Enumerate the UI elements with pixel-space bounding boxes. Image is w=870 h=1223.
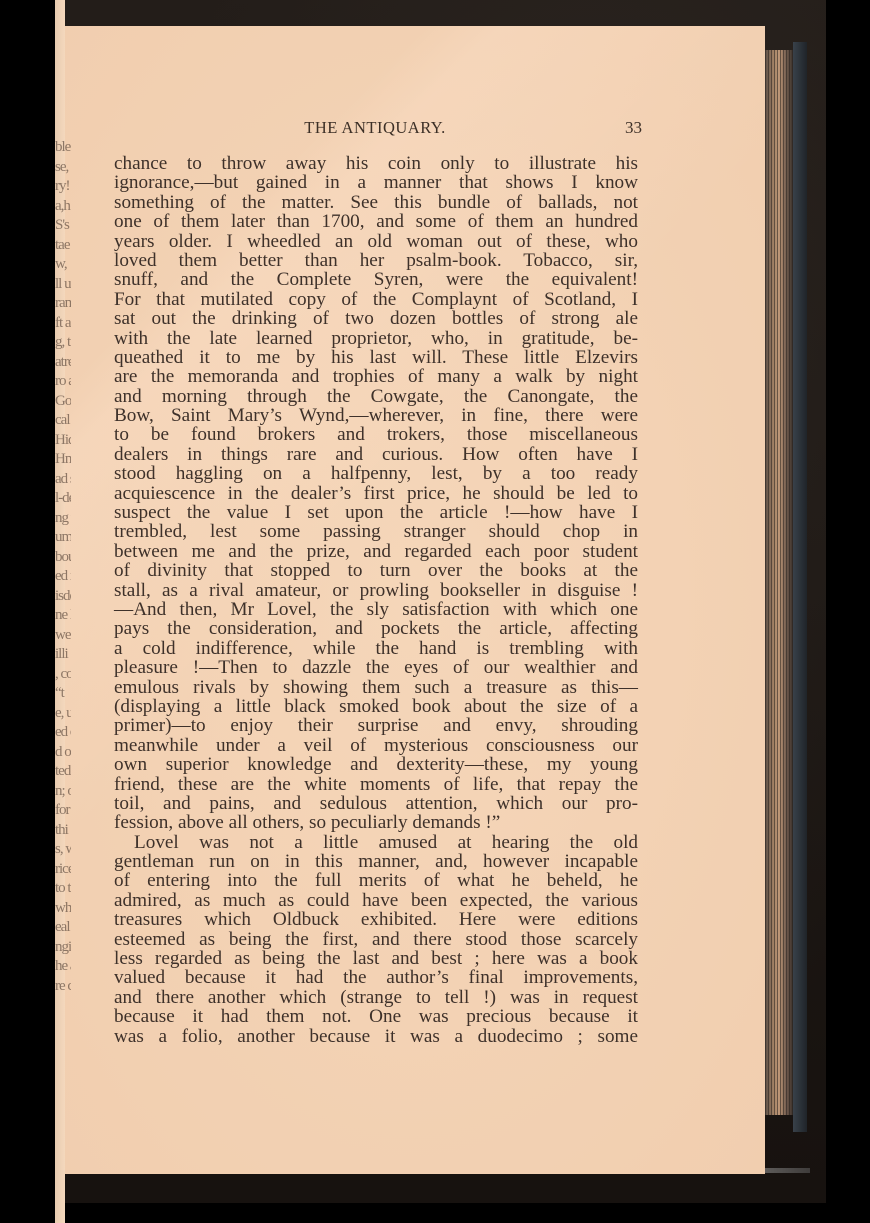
text-line: emulous rivals by showing them such a tr… bbox=[114, 678, 638, 697]
text-line: primer)—to enjoy their surprise and envy… bbox=[114, 716, 638, 735]
body-text: chance to throw away his coin only to il… bbox=[114, 154, 638, 1046]
book-fore-edge bbox=[765, 50, 793, 1115]
text-line: esteemed as being the first, and there s… bbox=[114, 930, 638, 949]
text-line: of entering into the full merits of what… bbox=[114, 871, 638, 890]
text-line: acquiescence in the dealer’s first price… bbox=[114, 484, 638, 503]
text-line: ignorance,—but gained in a manner that s… bbox=[114, 173, 638, 192]
text-line: —And then, Mr Lovel, the sly satisfactio… bbox=[114, 600, 638, 619]
text-line: stall, as a rival amateur, or prowling b… bbox=[114, 581, 638, 600]
text-line: queathed it to me by his last will. Thes… bbox=[114, 348, 638, 367]
text-line: between me and the prize, and regarded e… bbox=[114, 542, 638, 561]
text-line: one of them later than 1700, and some of… bbox=[114, 212, 638, 231]
text-line: Lovel was not a little amused at hearing… bbox=[114, 833, 638, 852]
text-line: to be found brokers and trokers, those m… bbox=[114, 425, 638, 444]
text-line: sat out the drinking of two dozen bottle… bbox=[114, 309, 638, 328]
text-line: treasures which Oldbuck exhibited. Here … bbox=[114, 910, 638, 929]
text-line: own superior knowledge and dexterity—the… bbox=[114, 755, 638, 774]
text-line: valued because it had the author’s final… bbox=[114, 968, 638, 987]
text-line: For that mutilated copy of the Complaynt… bbox=[114, 290, 638, 309]
text-line: with the late learned proprietor, who, i… bbox=[114, 329, 638, 348]
text-line: fession, above all others, so peculiarly… bbox=[114, 813, 638, 832]
text-line: less regarded as being the last and best… bbox=[114, 949, 638, 968]
text-line: admired, as much as could have been expe… bbox=[114, 891, 638, 910]
text-line: meanwhile under a veil of mysterious con… bbox=[114, 736, 638, 755]
text-line: chance to throw away his coin only to il… bbox=[114, 154, 638, 173]
cover-board-edge bbox=[793, 42, 807, 1132]
text-line: and there another which (strange to tell… bbox=[114, 988, 638, 1007]
text-line: toil, and pains, and sedulous attention,… bbox=[114, 794, 638, 813]
text-line: and morning through the Cowgate, the Can… bbox=[114, 387, 638, 406]
text-line: suspect the value I set upon the article… bbox=[114, 503, 638, 522]
text-line: are the memoranda and trophies of many a… bbox=[114, 367, 638, 386]
text-line: pleasure !—Then to dazzle the eyes of ou… bbox=[114, 658, 638, 677]
text-line: loved them better than her psalm-book. T… bbox=[114, 251, 638, 270]
text-line: Bow, Saint Mary’s Wynd,—wherever, in fin… bbox=[114, 406, 638, 425]
text-line: pays the consideration, and pockets the … bbox=[114, 619, 638, 638]
running-title: THE ANTIQUARY. bbox=[110, 118, 640, 138]
text-line: dealers in things rare and curious. How … bbox=[114, 445, 638, 464]
page-number: 33 bbox=[625, 118, 642, 138]
text-line: stood haggling on a halfpenny, lest, by … bbox=[114, 464, 638, 483]
text-line: of divinity that stopped to turn over th… bbox=[114, 561, 638, 580]
text-line: was a folio, another because it was a du… bbox=[114, 1027, 638, 1046]
text-line: years older. I wheedled an old woman out… bbox=[114, 232, 638, 251]
text-line: (displaying a little black smoked book a… bbox=[114, 697, 638, 716]
cover-highlight bbox=[760, 1168, 810, 1173]
text-line: gentleman run on in this manner, and, ho… bbox=[114, 852, 638, 871]
text-line: trembled, lest some passing stranger sho… bbox=[114, 522, 638, 541]
running-head: THE ANTIQUARY. 33 bbox=[110, 118, 640, 142]
text-line: friend, these are the white moments of l… bbox=[114, 775, 638, 794]
text-line: because it had them not. One was preciou… bbox=[114, 1007, 638, 1026]
text-line: a cold indifference, while the hand is t… bbox=[114, 639, 638, 658]
text-line: something of the matter. See this bundle… bbox=[114, 193, 638, 212]
previous-page-text-fragments: ble se, ry! a,h S's tae w, ll u ram ft a… bbox=[55, 138, 71, 1018]
text-line: snuff, and the Complete Syren, were the … bbox=[114, 270, 638, 289]
